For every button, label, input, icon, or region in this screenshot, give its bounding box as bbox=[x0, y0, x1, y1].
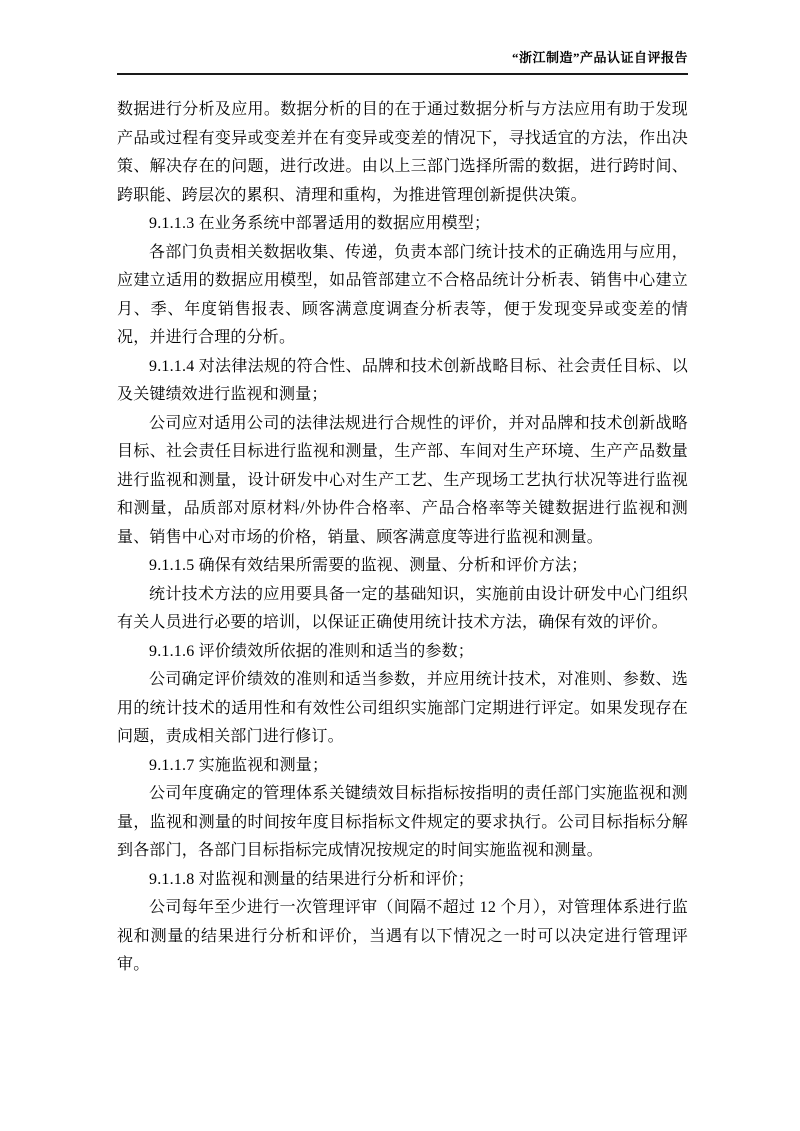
document-page: “浙江制造”产品认证自评报告 数据进行分析及应用。数据分析的目的在于通过数据分析… bbox=[0, 0, 800, 1131]
paragraph: 公司每年至少进行一次管理评审（间隔不超过 12 个月），对管理体系进行监视和测量… bbox=[117, 894, 688, 980]
section-heading: 9.1.1.6 评价绩效所依据的准则和适当的参数； bbox=[117, 638, 688, 667]
page-header-title: “浙江制造”产品认证自评报告 bbox=[512, 50, 688, 65]
paragraph: 公司年度确定的管理体系关键绩效目标指标按指明的责任部门实施监视和测量，监视和测量… bbox=[117, 780, 688, 866]
paragraph: 数据进行分析及应用。数据分析的目的在于通过数据分析与方法应用有助于发现产品或过程… bbox=[117, 96, 688, 210]
document-body: 数据进行分析及应用。数据分析的目的在于通过数据分析与方法应用有助于发现产品或过程… bbox=[117, 96, 688, 980]
paragraph: 公司应对适用公司的法律法规进行合规性的评价，并对品牌和技术创新战略目标、社会责任… bbox=[117, 410, 688, 553]
paragraph: 统计技术方法的应用要具备一定的基础知识，实施前由设计研发中心门组织有关人员进行必… bbox=[117, 581, 688, 638]
section-heading: 9.1.1.7 实施监视和测量； bbox=[117, 752, 688, 781]
paragraph: 公司确定评价绩效的准则和适当参数，并应用统计技术，对准则、参数、选用的统计技术的… bbox=[117, 666, 688, 752]
section-heading: 9.1.1.5 确保有效结果所需要的监视、测量、分析和评价方法； bbox=[117, 552, 688, 581]
paragraph: 各部门负责相关数据收集、传递，负责本部门统计技术的正确选用与应用，应建立适用的数… bbox=[117, 239, 688, 353]
page-header: “浙江制造”产品认证自评报告 bbox=[117, 50, 688, 75]
section-heading: 9.1.1.8 对监视和测量的结果进行分析和评价； bbox=[117, 866, 688, 895]
section-heading: 9.1.1.4 对法律法规的符合性、品牌和技术创新战略目标、社会责任目标、以及关… bbox=[117, 353, 688, 410]
section-heading: 9.1.1.3 在业务系统中部署适用的数据应用模型； bbox=[117, 210, 688, 239]
